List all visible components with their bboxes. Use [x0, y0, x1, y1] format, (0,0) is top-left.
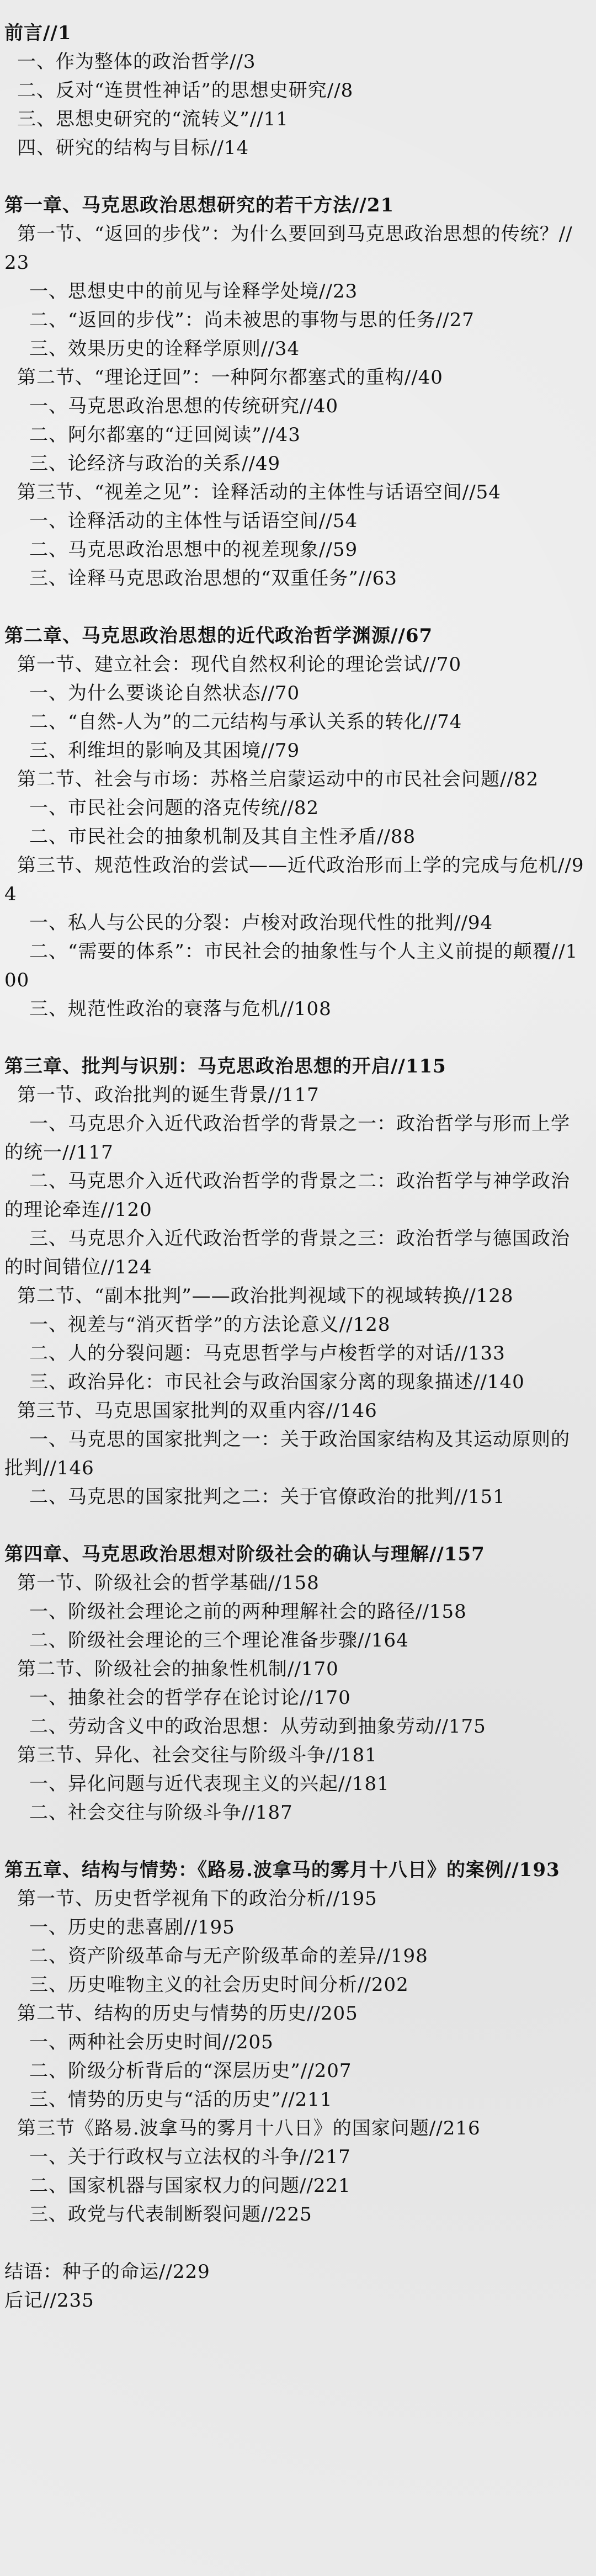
toc-subsection-item: 二、劳动含义中的政治思想：从劳动到抽象劳动//175 [0, 1712, 585, 1741]
toc-section-heading: 第二节、“副本批判”——政治批判视域下的视域转换//128 [0, 1282, 585, 1310]
toc-subsection-item: 一、私人与公民的分裂：卢梭对政治现代性的批判//94 [0, 909, 585, 937]
toc-subsection-item: 一、思想史中的前见与诠释学处境//23 [0, 277, 585, 306]
toc-section-heading: 第三节、“视差之见”：诠释活动的主体性与话语空间//54 [0, 478, 585, 507]
toc-section-heading: 第三节、异化、社会交往与阶级斗争//181 [0, 1741, 585, 1770]
toc-subsection-item: 三、情势的历史与“活的历史”//211 [0, 2085, 585, 2114]
toc-subsection-item: 二、“返回的步伐”：尚未被思的事物与思的任务//27 [0, 306, 585, 334]
toc-subsection-item: 一、两种社会历史时间//205 [0, 2028, 585, 2057]
toc-subsection-item: 一、抽象社会的哲学存在论讨论//170 [0, 1683, 585, 1712]
toc-subsection-item: 一、为什么要谈论自然状态//70 [0, 679, 585, 708]
toc-subsection-item: 三、利维坦的影响及其困境//79 [0, 736, 585, 765]
toc-section-heading: 第三节、马克思国家批判的双重内容//146 [0, 1396, 585, 1425]
toc-subsection-item: 三、思想史研究的“流转义”//11 [0, 105, 585, 134]
toc-subsection-item: 三、马克思介入近代政治哲学的背景之三：政治哲学与德国政治的时间错位//124 [0, 1224, 585, 1282]
toc-section-heading: 第二节、“理论迂回”：一种阿尔都塞式的重构//40 [0, 363, 585, 392]
toc-section-heading: 第一节、历史哲学视角下的政治分析//195 [0, 1884, 585, 1913]
toc-subsection-item: 四、研究的结构与目标//14 [0, 134, 585, 162]
toc-subsection-item: 三、历史唯物主义的社会历史时间分析//202 [0, 1970, 585, 1999]
toc-subsection-item: 二、阶级社会理论的三个理论准备步骤//164 [0, 1626, 585, 1655]
table-of-contents: 前言//1一、作为整体的政治哲学//3二、反对“连贯性神话”的思想史研究//8三… [0, 19, 585, 2315]
toc-section-heading: 第一节、“返回的步伐”：为什么要回到马克思政治思想的传统？//23 [0, 220, 585, 277]
toc-backmatter-item: 后记//235 [0, 2286, 585, 2315]
toc-subsection-item: 一、历史的悲喜剧//195 [0, 1913, 585, 1942]
toc-subsection-item: 三、规范性政治的衰落与危机//108 [0, 995, 585, 1023]
toc-subsection-item: 二、“自然-人为”的二元结构与承认关系的转化//74 [0, 708, 585, 736]
toc-subsection-item: 二、马克思介入近代政治哲学的背景之二：政治哲学与神学政治的理论牵连//120 [0, 1167, 585, 1224]
toc-chapter-heading: 第一章、马克思政治思想研究的若干方法//21 [0, 191, 585, 220]
toc-subsection-item: 二、“需要的体系”：市民社会的抽象性与个人主义前提的颠覆//100 [0, 937, 585, 995]
toc-backmatter-item: 结语：种子的命运//229 [0, 2258, 585, 2286]
toc-subsection-item: 一、视差与“消灭哲学”的方法论意义//128 [0, 1310, 585, 1339]
toc-subsection-item: 一、马克思介入近代政治哲学的背景之一：政治哲学与形而上学的统一//117 [0, 1109, 585, 1167]
toc-chapter-heading: 第二章、马克思政治思想的近代政治哲学渊源//67 [0, 622, 585, 650]
toc-subsection-item: 二、马克思的国家批判之二：关于官僚政治的批判//151 [0, 1483, 585, 1511]
toc-subsection-item: 二、阶级分析背后的“深层历史”//207 [0, 2057, 585, 2085]
toc-section-heading: 第三节《路易.波拿马的雾月十八日》的国家问题//216 [0, 2114, 585, 2143]
toc-subsection-item: 二、资产阶级革命与无产阶级革命的差异//198 [0, 1942, 585, 1970]
toc-subsection-item: 二、人的分裂问题：马克思哲学与卢梭哲学的对话//133 [0, 1339, 585, 1368]
toc-subsection-item: 二、社会交往与阶级斗争//187 [0, 1798, 585, 1827]
toc-subsection-item: 一、马克思的国家批判之一：关于政治国家结构及其运动原则的批判//146 [0, 1425, 585, 1483]
toc-subsection-item: 二、反对“连贯性神话”的思想史研究//8 [0, 76, 585, 105]
toc-subsection-item: 三、效果历史的诠释学原则//34 [0, 334, 585, 363]
toc-section-heading: 第一节、阶级社会的哲学基础//158 [0, 1569, 585, 1597]
toc-chapter-heading: 第五章、结构与情势：《路易.波拿马的雾月十八日》的案例//193 [0, 1856, 585, 1884]
toc-section-heading: 第一节、政治批判的诞生背景//117 [0, 1081, 585, 1109]
toc-section-heading: 第二节、结构的历史与情势的历史//205 [0, 1999, 585, 2028]
toc-section-heading: 第二节、社会与市场：苏格兰启蒙运动中的市民社会问题//82 [0, 765, 585, 794]
toc-subsection-item: 三、政党与代表制断裂问题//225 [0, 2200, 585, 2229]
toc-subsection-item: 三、论经济与政治的关系//49 [0, 449, 585, 478]
toc-subsection-item: 三、政治异化：市民社会与政治国家分离的现象描述//140 [0, 1368, 585, 1396]
toc-section-heading: 第一节、建立社会：现代自然权利论的理论尝试//70 [0, 650, 585, 679]
toc-subsection-item: 一、关于行政权与立法权的斗争//217 [0, 2143, 585, 2171]
toc-subsection-item: 一、市民社会问题的洛克传统//82 [0, 794, 585, 822]
toc-subsection-item: 一、异化问题与近代表现主义的兴起//181 [0, 1770, 585, 1798]
toc-section-heading: 第三节、规范性政治的尝试——近代政治形而上学的完成与危机//94 [0, 851, 585, 909]
toc-chapter-heading: 前言//1 [0, 19, 585, 47]
toc-section-heading: 第二节、阶级社会的抽象性机制//170 [0, 1655, 585, 1683]
toc-subsection-item: 一、作为整体的政治哲学//3 [0, 47, 585, 76]
toc-subsection-item: 二、国家机器与国家权力的问题//221 [0, 2171, 585, 2200]
toc-subsection-item: 二、马克思政治思想中的视差现象//59 [0, 535, 585, 564]
toc-subsection-item: 一、诠释活动的主体性与话语空间//54 [0, 507, 585, 535]
toc-subsection-item: 一、阶级社会理论之前的两种理解社会的路径//158 [0, 1597, 585, 1626]
toc-subsection-item: 三、诠释马克思政治思想的“双重任务”//63 [0, 564, 585, 593]
toc-chapter-heading: 第四章、马克思政治思想对阶级社会的确认与理解//157 [0, 1540, 585, 1569]
toc-subsection-item: 二、阿尔都塞的“迂回阅读”//43 [0, 421, 585, 449]
toc-subsection-item: 二、市民社会的抽象机制及其自主性矛盾//88 [0, 822, 585, 851]
toc-chapter-heading: 第三章、批判与识别：马克思政治思想的开启//115 [0, 1052, 585, 1081]
toc-subsection-item: 一、马克思政治思想的传统研究//40 [0, 392, 585, 421]
